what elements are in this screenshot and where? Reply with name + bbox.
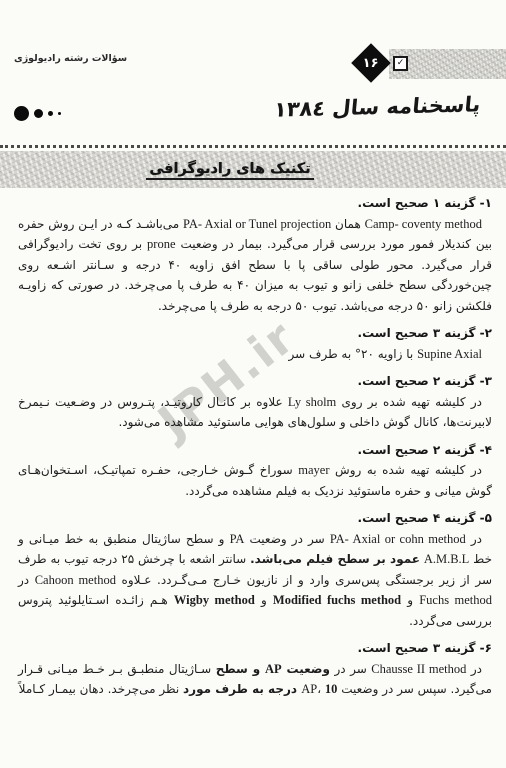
- latin-term: Wigby method: [174, 593, 255, 607]
- section-heading: ۵- گزینه ۴ صحیح است.: [18, 508, 492, 529]
- answers: ۱- گزینه ۱ صحیح است. Camp- coventy metho…: [18, 193, 492, 700]
- dot-decoration: [14, 106, 61, 121]
- body-text: در کلیشه تهیه شده به روش: [330, 463, 482, 477]
- answer-section: ۶- گزینه ۳ صحیح است. در Chausse II metho…: [18, 638, 492, 700]
- latin-term: Supine Axial: [417, 347, 482, 361]
- section-body: در Chausse II method سر در وضعیت AP و سط…: [18, 659, 492, 700]
- section-heading: ۴- گزینه ۲ صحیح است.: [18, 440, 492, 461]
- latin-term: Camp- coventy method: [365, 217, 482, 231]
- section-body: در کلیشه تهیه شده بر روی Ly sholm علاوه …: [18, 392, 492, 433]
- latin-term: Cahoon method: [35, 573, 116, 587]
- dot: [58, 112, 61, 115]
- section-heading: ۲- گزینه ۳ صحیح است.: [18, 323, 492, 344]
- body-text: در: [466, 532, 482, 546]
- body-text: نظر می‌چرخد. دهان بیمـار کـاملاً: [19, 682, 183, 696]
- section-body: در کلیشه تهیه شده به روش mayer سوراخ گـو…: [18, 460, 492, 501]
- dot: [14, 106, 29, 121]
- questions-field-note: سؤالات رشته رادیولوژی: [14, 53, 127, 64]
- body-text: عمود بر سطح فیلم می‌باشد.: [250, 552, 420, 566]
- section-heading: ۳- گزینه ۲ صحیح است.: [18, 371, 492, 392]
- latin-term: AP: [301, 682, 317, 696]
- latin-term: A.M.B.L: [424, 552, 470, 566]
- latin-term: PA: [230, 532, 245, 546]
- dotted-divider: [0, 145, 506, 148]
- section-body: در PA- Axial or cohn method سر در وضعیت …: [18, 529, 492, 632]
- dot: [48, 111, 53, 116]
- latin-term: mayer: [298, 463, 329, 477]
- section-body: Camp- coventy method همان PA- Axial or T…: [18, 214, 492, 317]
- body-text: و سطح: [216, 662, 265, 676]
- body-text: سر در وضعیت: [244, 532, 329, 546]
- latin-term: Ly sholm: [288, 395, 336, 409]
- body-text: ،: [317, 682, 325, 696]
- body-text: در: [466, 662, 482, 676]
- answer-section: ۳- گزینه ۲ صحیح است. در کلیشه تهیه شده ب…: [18, 371, 492, 433]
- scanned-answer-page: سؤالات رشته رادیولوژی ۱۶ ✓ پاسخنامه سال …: [0, 0, 506, 768]
- latin-term: PA- Axial or cohn method: [330, 532, 466, 546]
- section-heading: ۱- گزینه ۱ صحیح است.: [18, 193, 492, 214]
- body-text: با زاویه ۲۰° به طرف سر: [289, 347, 418, 361]
- latin-term: prone: [147, 237, 175, 251]
- body-text: و: [255, 593, 273, 607]
- latin-term: Chausse II method: [371, 662, 466, 676]
- latin-term: PA- Axial or Tunel projection: [183, 217, 331, 231]
- page-number: ۱۶: [363, 57, 379, 70]
- answer-section: ۵- گزینه ۴ صحیح است. در PA- Axial or coh…: [18, 508, 492, 631]
- latin-term: Modified fuchs method: [273, 593, 401, 607]
- body-text: همان: [331, 217, 364, 231]
- chapter-title: تکنیک های رادیوگرافی: [146, 161, 313, 180]
- dot: [34, 109, 43, 118]
- answer-sheet-year-title: پاسخنامه سال ۱۳۸٤: [272, 92, 481, 121]
- checkmark-icon: ✓: [397, 59, 405, 68]
- page-number-badge: ۱۶: [351, 43, 391, 83]
- body-text: در: [18, 573, 35, 587]
- answer-section: ۱- گزینه ۱ صحیح است. Camp- coventy metho…: [18, 193, 492, 316]
- body-text: و: [401, 593, 419, 607]
- latin-term: Fuchs method: [419, 593, 492, 607]
- body-text: درجه به طرف مورد: [183, 682, 301, 696]
- chapter-banner: تکنیک های رادیوگرافی: [0, 151, 506, 188]
- latin-term: 10: [325, 682, 338, 696]
- section-heading: ۶- گزینه ۳ صحیح است.: [18, 638, 492, 659]
- answer-section: ۴- گزینه ۲ صحیح است. در کلیشه تهیه شده ب…: [18, 440, 492, 502]
- section-body: Supine Axial با زاویه ۲۰° به طرف سر: [18, 344, 492, 365]
- body-text: سر در: [330, 662, 371, 676]
- checkbox-icon: ✓: [393, 56, 408, 71]
- answer-section: ۲- گزینه ۳ صحیح است. Supine Axial با زاو…: [18, 323, 492, 364]
- body-text: در کلیشه تهیه شده بر روی: [336, 395, 482, 409]
- latin-term: AP: [265, 662, 282, 676]
- body-text: وضعیت: [282, 662, 330, 676]
